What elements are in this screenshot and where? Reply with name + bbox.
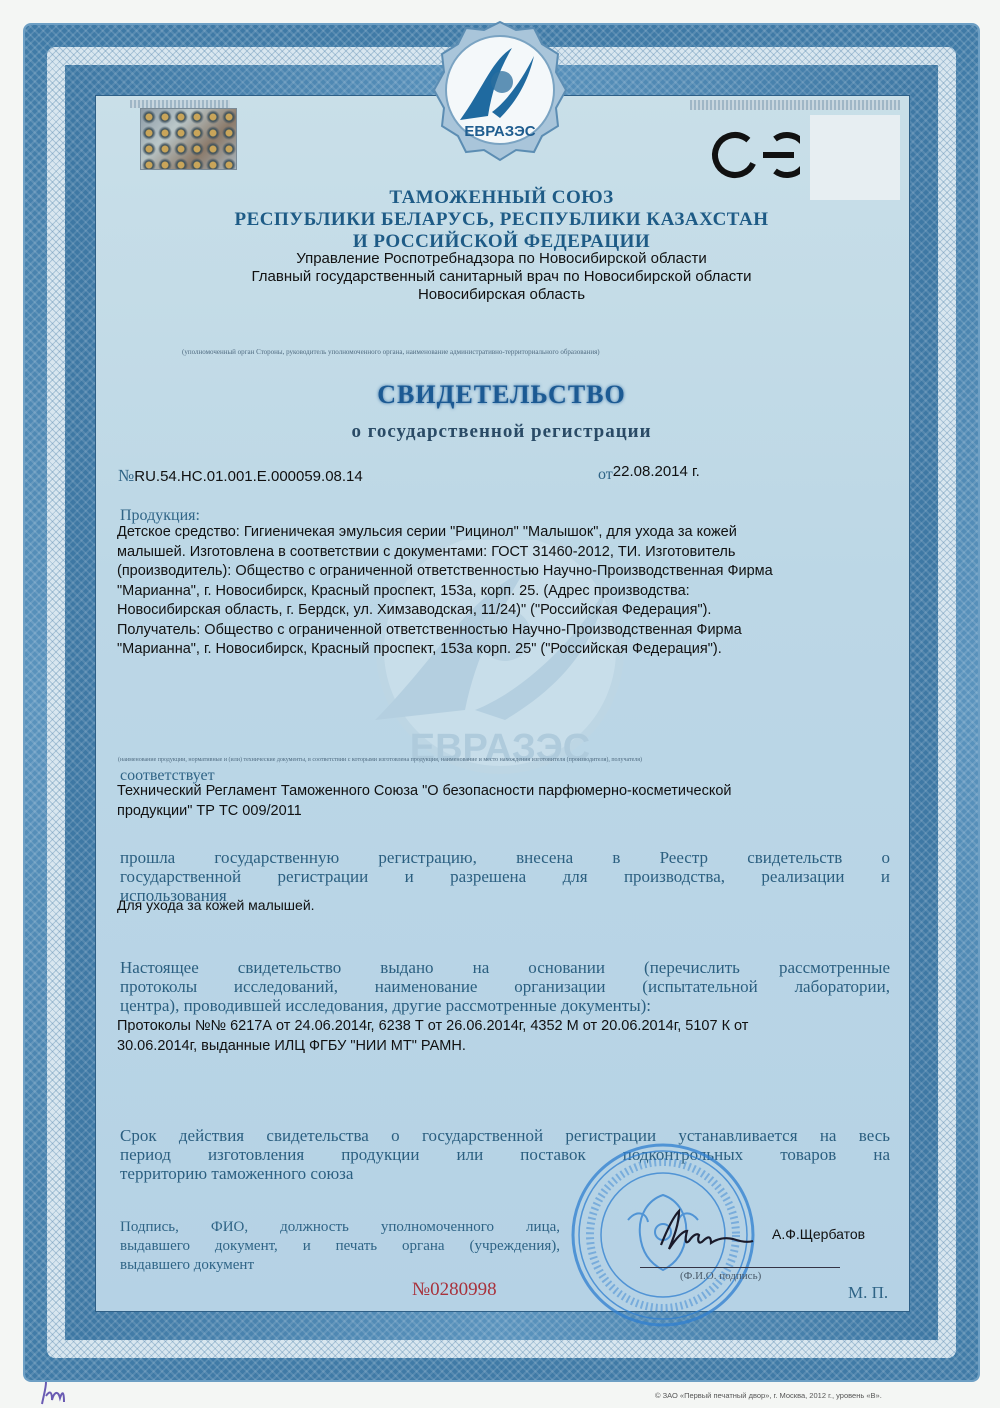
union-title-line-1: ТАМОЖЕННЫЙ СОЮЗ bbox=[95, 188, 908, 208]
registration-date: от22.08.2014 г. bbox=[598, 466, 700, 484]
product-line: (производитель): Общество с ограниченной… bbox=[117, 562, 907, 582]
authority-line-1: Управление Роспотребнадзора по Новосибир… bbox=[95, 250, 908, 268]
registration-date-value: 22.08.2014 г. bbox=[613, 463, 700, 480]
product-description: Детское средство: Гигиеничекая эмульсия … bbox=[117, 523, 907, 660]
signature-line bbox=[640, 1267, 840, 1268]
signer-name: А.Ф.Щербатов bbox=[772, 1226, 865, 1242]
conformity-regulation: Технический Регламент Таможенного Союза … bbox=[117, 782, 907, 821]
signature-field-caption: (Ф.И.О. подпись) bbox=[680, 1270, 761, 1282]
product-line: Детское средство: Гигиеничекая эмульсия … bbox=[117, 523, 907, 543]
union-title-line-2: РЕСПУБЛИКИ БЕЛАРУСЬ, РЕСПУБЛИКИ КАЗАХСТА… bbox=[95, 210, 908, 230]
signature-caption: Подпись, ФИО, должность уполномоченного … bbox=[120, 1218, 560, 1275]
statement-line: прошла государственную регистрацию, внес… bbox=[120, 848, 890, 867]
basis-line: Настоящее свидетельство выдано на основа… bbox=[120, 958, 890, 977]
basis-line: центра), проводившей исследования, други… bbox=[120, 996, 890, 1015]
registration-number-value: RU.54.HC.01.001.E.000059.08.14 bbox=[134, 468, 363, 485]
document-title: СВИДЕТЕЛЬСТВО bbox=[95, 380, 908, 410]
protocols-line: 30.06.2014г, выданные ИЛЦ ФГБУ "НИИ МТ" … bbox=[117, 1037, 907, 1057]
authority-line-3: Новосибирская область bbox=[95, 286, 908, 304]
handwritten-mark-icon bbox=[38, 1378, 68, 1406]
validity-line: период изготовления продукции или постав… bbox=[120, 1145, 890, 1164]
regulation-line: продукции" ТР ТС 009/2011 bbox=[117, 802, 907, 822]
protocols-line: Протоколы №№ 6217А от 24.06.2014г, 6238 … bbox=[117, 1017, 907, 1037]
product-line: "Марианна", г. Новосибирск, Красный прос… bbox=[117, 640, 907, 660]
signature-caption-line: выдавшего документ, и печать органа (учр… bbox=[120, 1237, 560, 1256]
seal-placeholder-label: М. П. bbox=[848, 1283, 888, 1303]
authority-line-2: Главный государственный санитарный врач … bbox=[95, 268, 908, 286]
eac-se-mark-icon bbox=[710, 125, 800, 185]
product-line: "Марианна", г. Новосибирск, Красный прос… bbox=[117, 582, 907, 602]
signature-caption-line: выдавшего документ bbox=[120, 1256, 560, 1275]
handwritten-signature-icon bbox=[655, 1205, 775, 1265]
validity-line: территорию таможенного союза bbox=[120, 1164, 890, 1183]
signature-caption-line: Подпись, ФИО, должность уполномоченного … bbox=[120, 1218, 560, 1237]
hologram-icon bbox=[140, 108, 237, 170]
document-subtitle: о государственной регистрации bbox=[95, 421, 908, 443]
product-line: малышей. Изготовлена в соответствии с до… bbox=[117, 543, 907, 563]
evrazes-emblem-icon: ЕВРАЗЭС bbox=[430, 20, 570, 170]
number-sign: № bbox=[118, 466, 134, 485]
regulation-line: Технический Регламент Таможенного Союза … bbox=[117, 782, 907, 802]
registration-number: №RU.54.HC.01.001.E.000059.08.14 bbox=[118, 466, 363, 486]
product-line: Получатель: Общество с ограниченной отве… bbox=[117, 621, 907, 641]
form-serial-number: №0280998 bbox=[412, 1279, 497, 1301]
printer-imprint: © ЗАО «Первый печатный двор», г. Москва,… bbox=[655, 1391, 882, 1400]
microtext-strip-right bbox=[690, 100, 900, 110]
statement-line: государственной регистрации и разрешена … bbox=[120, 867, 890, 886]
basis-statement: Настоящее свидетельство выдано на основа… bbox=[120, 958, 890, 1015]
svg-text:ЕВРАЗЭС: ЕВРАЗЭС bbox=[464, 123, 535, 140]
usage-purpose: Для ухода за кожей малышей. bbox=[117, 896, 315, 916]
union-title-line-3: И РОССИЙСКОЙ ФЕДЕРАЦИИ bbox=[95, 232, 908, 252]
authority-caption: (уполномоченный орган Стороны, руководит… bbox=[182, 348, 600, 356]
date-prefix: от bbox=[598, 466, 613, 483]
protocols-list: Протоколы №№ 6217А от 24.06.2014г, 6238 … bbox=[117, 1017, 907, 1056]
validity-line: Срок действия свидетельства о государств… bbox=[120, 1126, 890, 1145]
product-caption: (наименование продукции, нормативные и (… bbox=[118, 757, 642, 763]
microtext-strip-left bbox=[130, 100, 230, 108]
validity-statement: Срок действия свидетельства о государств… bbox=[120, 1126, 890, 1183]
basis-line: протоколы исследований, наименование орг… bbox=[120, 977, 890, 996]
product-line: Новосибирская область, г. Бердск, ул. Хи… bbox=[117, 601, 907, 621]
